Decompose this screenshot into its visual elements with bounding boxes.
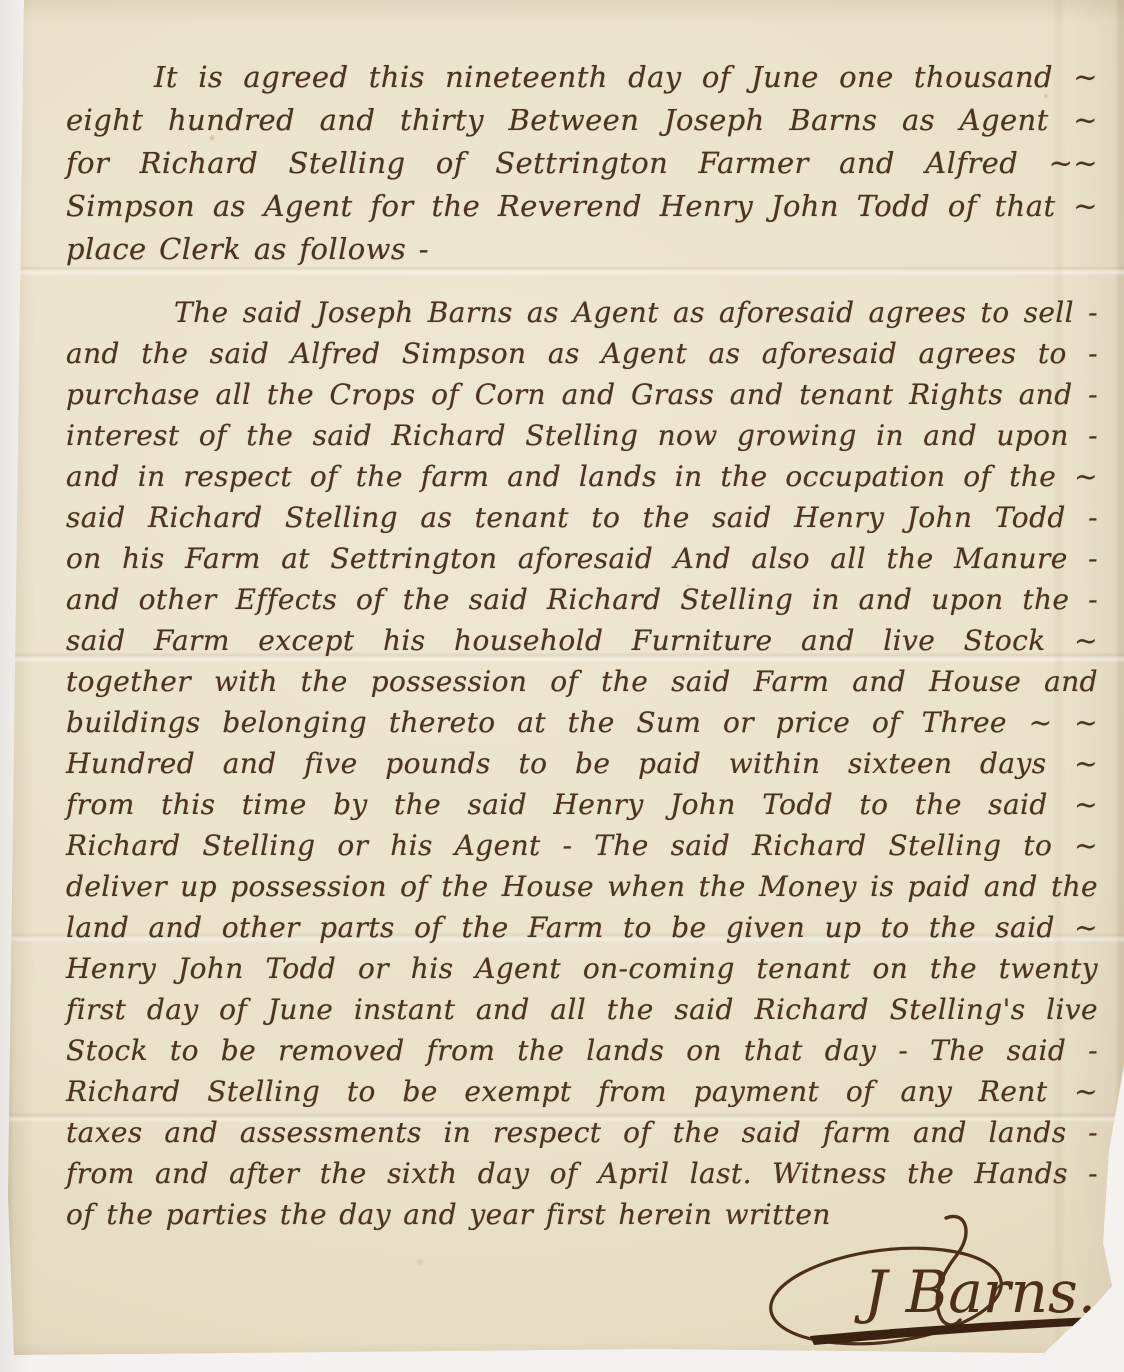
handwritten-line: and in respect of the farm and lands in … [66,456,1098,497]
handwritten-line: from this time by the said Henry John To… [66,784,1098,825]
handwritten-line: deliver up possession of the House when … [66,866,1098,907]
handwritten-line: Richard Stelling to be exempt from payme… [66,1071,1098,1112]
handwriting-layer: It is agreed this nineteenth day of June… [0,0,1124,1372]
handwritten-line: eight hundred and thirty Between Joseph … [66,99,1098,142]
handwritten-line: Hundred and five pounds to be paid withi… [66,743,1098,784]
handwritten-line: and other Effects of the said Richard St… [66,579,1098,620]
paper-sheet: It is agreed this nineteenth day of June… [0,0,1124,1372]
handwritten-line: taxes and assessments in respect of the … [66,1112,1098,1153]
handwritten-line: land and other parts of the Farm to be g… [66,907,1098,948]
handwritten-line: on his Farm at Settrington aforesaid And… [66,538,1098,579]
handwritten-line: buildings belonging thereto at the Sum o… [66,702,1098,743]
handwritten-line: and the said Alfred Simpson as Agent as … [66,333,1098,374]
handwritten-line: Stock to be removed from the lands on th… [66,1030,1098,1071]
handwritten-line: Henry John Todd or his Agent on-coming t… [66,948,1098,989]
handwritten-line: Simpson as Agent for the Reverend Henry … [66,185,1098,228]
opening-paragraph: It is agreed this nineteenth day of June… [66,56,1098,271]
handwritten-line: first day of June instant and all the sa… [66,989,1098,1030]
handwritten-line: interest of the said Richard Stelling no… [66,415,1098,456]
handwritten-line: said Farm except his household Furniture… [66,620,1098,661]
handwritten-line: for Richard Stelling of Settrington Farm… [66,142,1098,185]
handwritten-line: It is agreed this nineteenth day of June… [66,56,1098,99]
handwritten-line: together with the possession of the said… [66,661,1098,702]
handwritten-line: from and after the sixth day of April la… [66,1153,1098,1194]
handwritten-line: The said Joseph Barns as Agent as afores… [66,292,1098,333]
handwritten-line: Richard Stelling or his Agent - The said… [66,825,1098,866]
scanned-document-view: { "colors": { "paper": "#ebe1ca", "ink":… [0,0,1124,1372]
signature-text: J Barns. [854,1258,1096,1326]
handwritten-line: place Clerk as follows - [66,228,1098,271]
body-paragraph: The said Joseph Barns as Agent as afores… [66,292,1098,1235]
handwritten-line: said Richard Stelling as tenant to the s… [66,497,1098,538]
handwritten-line: purchase all the Crops of Corn and Grass… [66,374,1098,415]
